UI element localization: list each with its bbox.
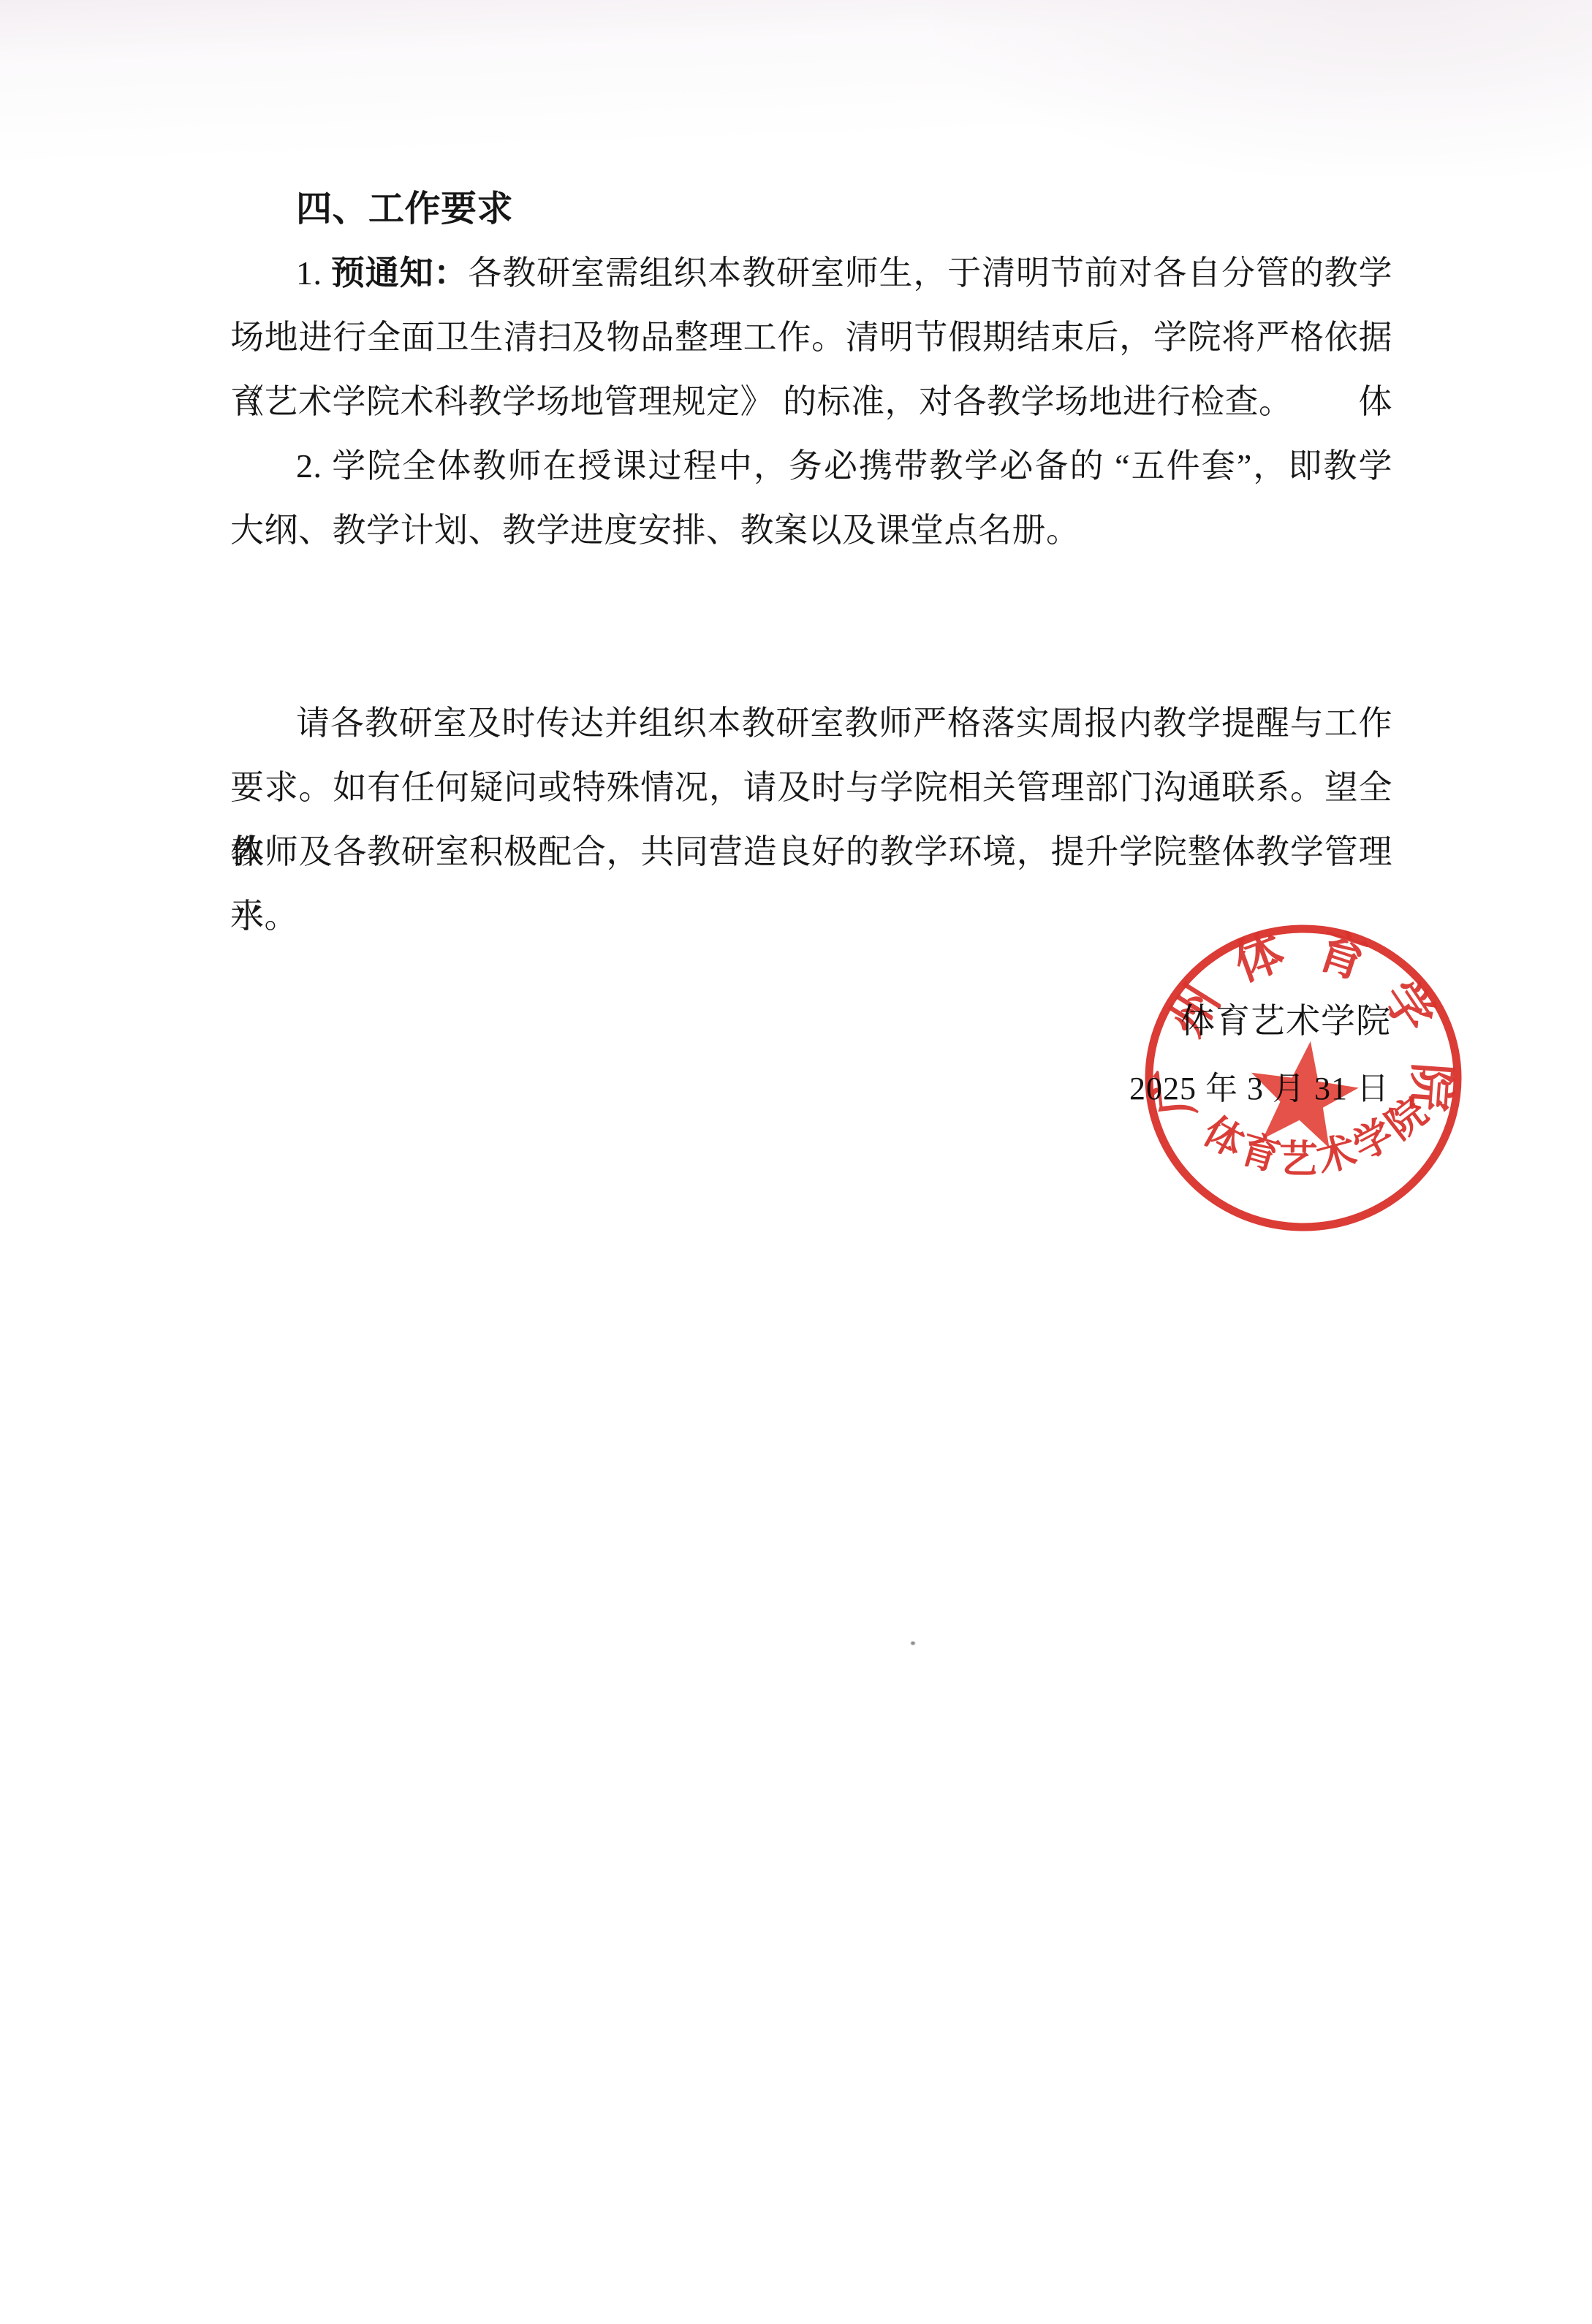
blank-lines [230,563,1392,691]
section-heading: 四、工作要求 [230,177,1392,241]
closing-line1: 请各教研室及时传达并组织本教研室教师严格落实周报内教学提醒与工作 [230,691,1392,756]
scan-noise-tint-top-right [934,0,1592,175]
ring-char: 广 [1147,1065,1205,1118]
scanned-document-page: 四、工作要求 1. 预通知：各教研室需组织本教研室师生，于清明节前对各自分管的教… [0,0,1592,2324]
ring-char: 州 [1159,976,1230,1045]
closing-line3: 教师及各教研室积极配合，共同营造良好的教学环境，提升学院整体教学管理水 [230,820,1392,884]
ring-char: 体 [1227,924,1291,991]
para2-line2: 大纲、教学计划、教学进度安排、教案以及课堂点名册。 [230,498,1392,563]
scan-noise-tint-top [0,0,1592,190]
para2-item-number: 2. [296,447,332,485]
document-body: 四、工作要求 1. 预通知：各教研室需组织本教研室师生，于清明节前对各自分管的教… [230,177,1392,949]
para1-bold-lead: 预通知： [331,254,468,292]
official-seal-stamp: 广 州 体 育 学 院 体育艺术学院 [1140,922,1469,1240]
para2-line1: 2. 学院全体教师在授课过程中，务必携带教学必备的 “五件套”，即教学 [230,434,1392,498]
para1-line1-text: 各教研室需组织本教研室师生，于清明节前对各自分管的教学 [468,254,1392,292]
para1-line1: 1. 预通知：各教研室需组织本教研室师生，于清明节前对各自分管的教学 [230,241,1392,305]
para2-line1-text: 学院全体教师在授课过程中，务必携带教学必备的 “五件套”，即教学 [332,447,1392,485]
para1-line3: 育艺术学院术科教学场地管理规定》 的标准，对各教学场地进行检查。 [230,370,1392,434]
para1-line2: 场地进行全面卫生清扫及物品整理工作。清明节假期结束后，学院将严格依据《体 [230,305,1392,370]
para1-item-number: 1. [296,254,331,292]
scan-speck-artifact [911,1641,915,1645]
ring-char: 学 [1373,972,1444,1042]
closing-line2: 要求。如有任何疑问或特殊情况，请及时与学院相关管理部门沟通联系。望全体 [230,756,1392,820]
